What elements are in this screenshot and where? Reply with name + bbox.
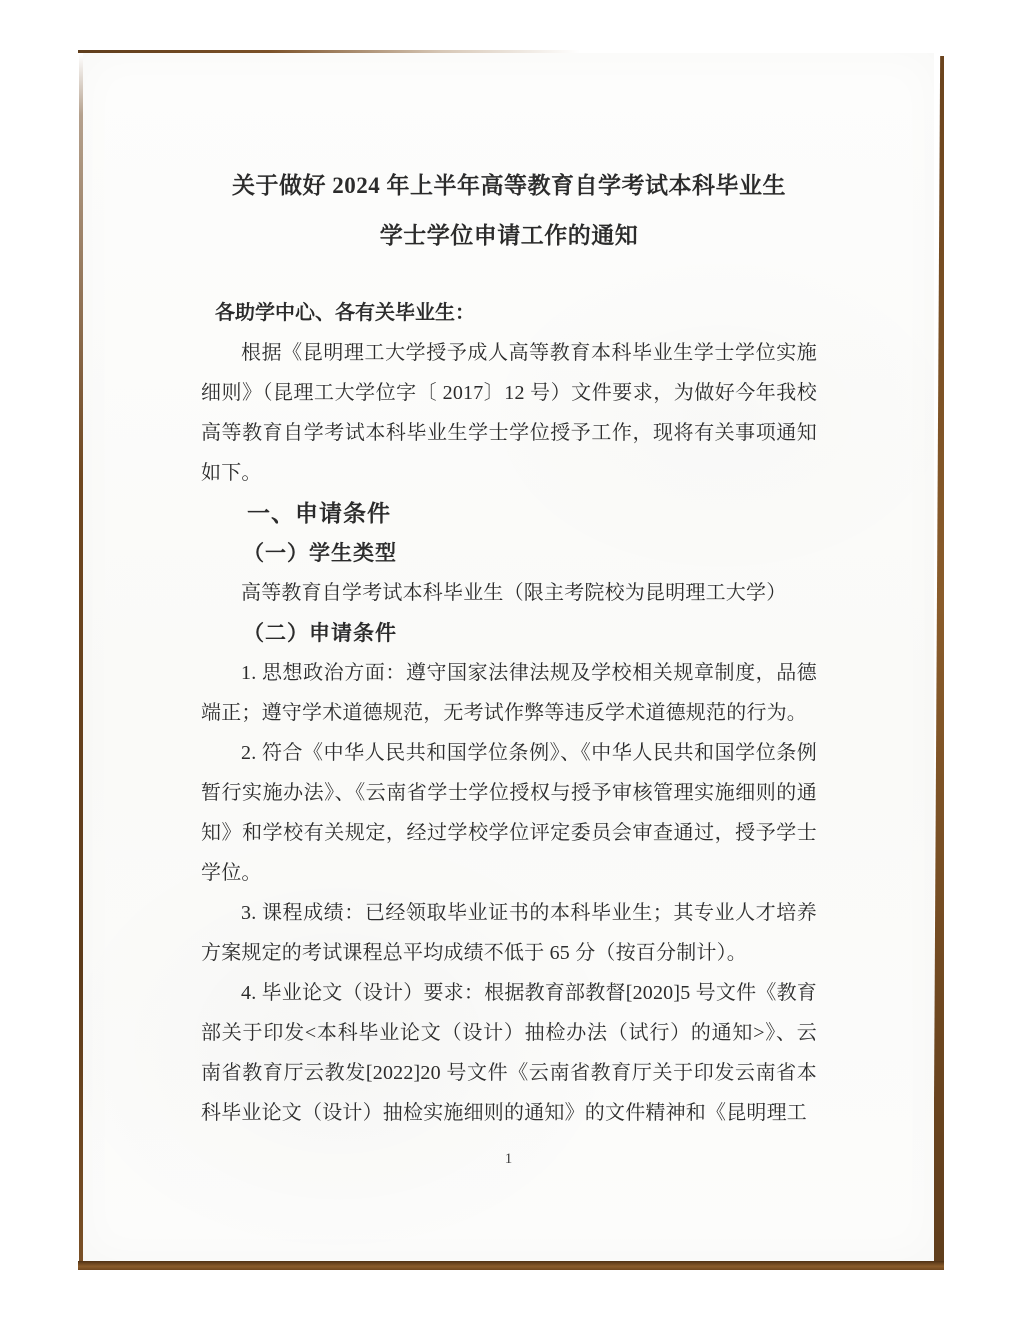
title-line-2: 学士学位申请工作的通知 <box>201 211 817 261</box>
document-content: 关于做好 2024 年上半年高等教育自学考试本科毕业生 学士学位申请工作的通知 … <box>83 53 934 1261</box>
condition-item-4: 4. 毕业论文（设计）要求：根据教育部教督[2020]5 号文件《教育部关于印发… <box>201 973 817 1133</box>
salutation-line: 各助学中心、各有关毕业生： <box>201 293 817 333</box>
subsection-1-heading: （一）学生类型 <box>201 533 817 573</box>
title-line-1: 关于做好 2024 年上半年高等教育自学考试本科毕业生 <box>201 161 817 211</box>
student-type-line: 高等教育自学考试本科毕业生（限主考院校为昆明理工大学） <box>201 573 817 613</box>
wood-edge-bottom <box>78 1261 944 1270</box>
photo-frame: 关于做好 2024 年上半年高等教育自学考试本科毕业生 学士学位申请工作的通知 … <box>78 48 944 1270</box>
condition-item-2: 2. 符合《中华人民共和国学位条例》、《中华人民共和国学位条例暂行实施办法》、《… <box>201 733 817 893</box>
condition-item-1: 1. 思想政治方面：遵守国家法律法规及学校相关规章制度，品德端正；遵守学术道德规… <box>201 653 817 733</box>
wood-edge-right <box>933 56 944 1270</box>
subsection-2-heading: （二）申请条件 <box>201 613 817 653</box>
scan-canvas: 关于做好 2024 年上半年高等教育自学考试本科毕业生 学士学位申请工作的通知 … <box>0 0 1024 1324</box>
condition-item-3: 3. 课程成绩：已经领取毕业证书的本科毕业生；其专业人才培养方案规定的考试课程总… <box>201 893 817 973</box>
document-page: 关于做好 2024 年上半年高等教育自学考试本科毕业生 学士学位申请工作的通知 … <box>83 53 934 1261</box>
page-number: 1 <box>83 1151 934 1168</box>
section-1-heading: 一、申请条件 <box>201 493 817 533</box>
document-title: 关于做好 2024 年上半年高等教育自学考试本科毕业生 学士学位申请工作的通知 <box>201 161 817 261</box>
intro-paragraph: 根据《昆明理工大学授予成人高等教育本科毕业生学士学位实施细则》（昆理工大学位字〔… <box>201 333 817 493</box>
